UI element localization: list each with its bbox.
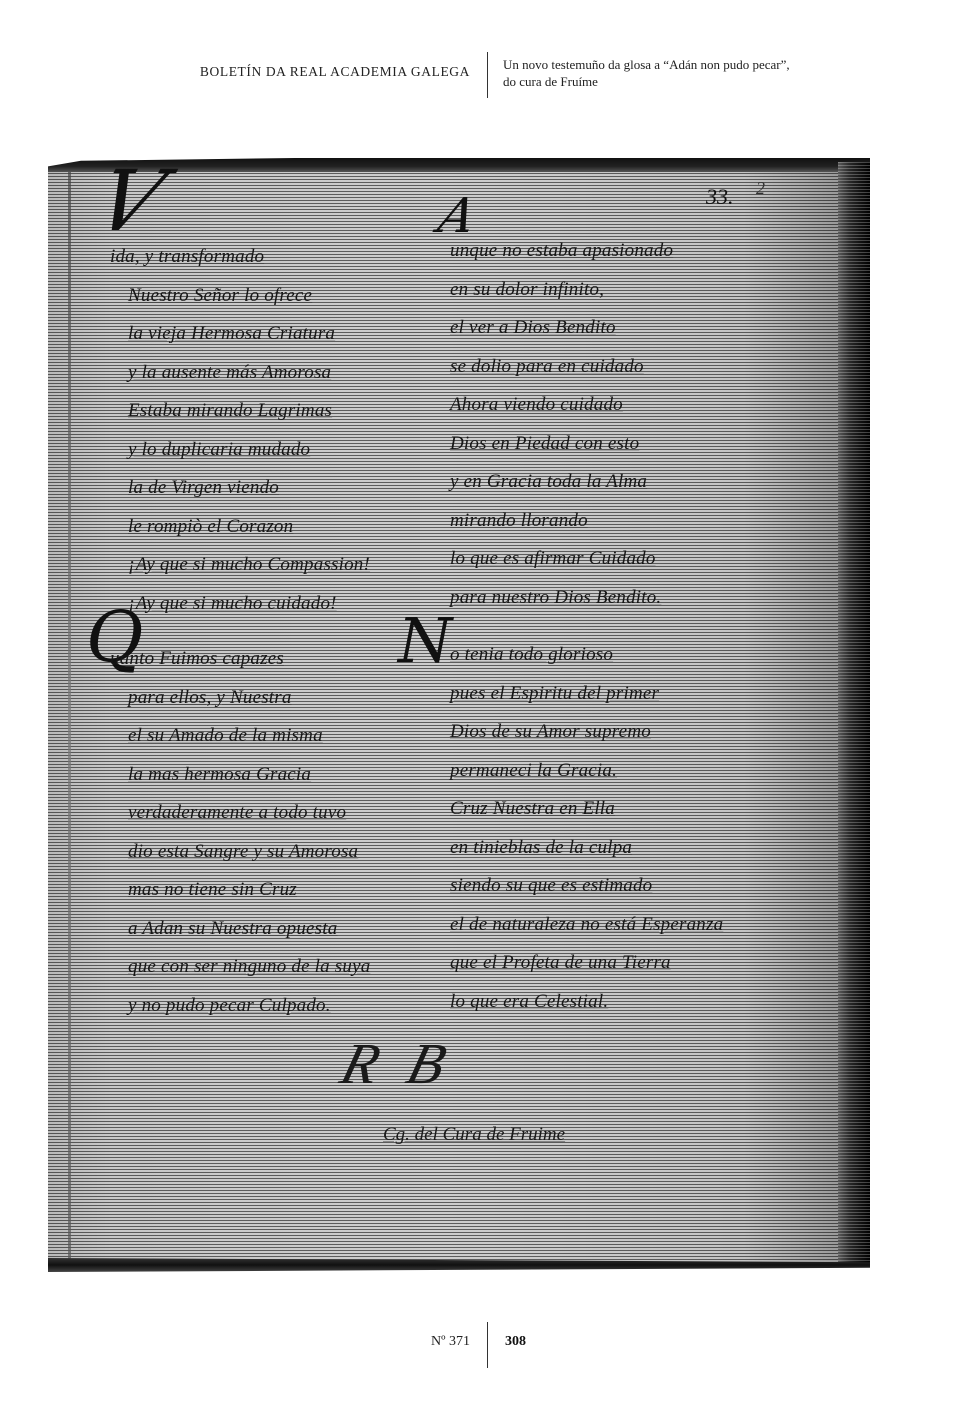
verse-line: Nuestro Señor lo ofrece <box>110 285 370 324</box>
folio-mark: 2 <box>756 178 765 199</box>
header-divider <box>487 52 488 98</box>
verse-line: mas no tiene sin Cruz <box>110 879 370 918</box>
verse-line: verdaderamente a todo tuvo <box>110 802 370 841</box>
article-title-line-2: do cura de Fruíme <box>503 73 903 90</box>
verse-line: lo que era Celestial. <box>432 991 723 1030</box>
folio-number: 33. <box>706 184 734 210</box>
verse-line: le rompiò el Corazon <box>110 516 370 555</box>
verse-line: y en Gracia toda la Alma <box>432 471 673 510</box>
verse-line: siendo su que es estimado <box>432 875 723 914</box>
stanza-right-2: o tenia todo glorioso pues el Espiritu d… <box>432 644 723 1029</box>
verse-line: el su Amado de la misma <box>110 725 370 764</box>
verse-line: la vieja Hermosa Criatura <box>110 323 370 362</box>
manuscript-image: 33. 2 V A Q N ida, y transformado Nuestr… <box>48 158 870 1276</box>
verse-line: mirando llorando <box>432 510 673 549</box>
verse-line: lo que es afirmar Cuidado <box>432 548 673 587</box>
verse-line: o tenia todo glorioso <box>432 644 723 683</box>
closing-attribution: Cg. del Cura de Fruime <box>383 1124 565 1146</box>
verse-line: dio esta Sangre y su Amorosa <box>110 841 370 880</box>
verse-line: ¡Ay que si mucho Compassion! <box>110 554 370 593</box>
journal-title: BOLETÍN DA REAL ACADEMIA GALEGA <box>150 64 470 80</box>
verse-line: la mas hermosa Gracia <box>110 764 370 803</box>
verse-line: ida, y transformado <box>110 246 370 285</box>
verse-line: permaneci la Gracia. <box>432 760 723 799</box>
verse-line: Dios en Piedad con esto <box>432 433 673 472</box>
verse-line: que con ser ninguno de la suya <box>110 956 370 995</box>
verse-line: para nuestro Dios Bendito. <box>432 587 673 626</box>
verse-line: que el Profeta de una Tierra <box>432 952 723 991</box>
article-title: Un novo testemuño da glosa a “Adán non p… <box>503 56 903 90</box>
verse-line: unque no estaba apasionado <box>432 240 673 279</box>
verse-line: Dios de su Amor supremo <box>432 721 723 760</box>
stanza-left-2: uanto Fuimos capazes para ellos, y Nuest… <box>110 648 370 1033</box>
footer-divider <box>487 1322 488 1368</box>
stanza-right-1: unque no estaba apasionado en su dolor i… <box>432 240 673 625</box>
verse-line: Estaba mirando Lagrimas <box>110 400 370 439</box>
verse-line: en tinieblas de la culpa <box>432 837 723 876</box>
verse-line: uanto Fuimos capazes <box>110 648 370 687</box>
manuscript-binding <box>838 162 870 1266</box>
verse-line: el ver a Dios Bendito <box>432 317 673 356</box>
verse-line: Cruz Nuestra en Ella <box>432 798 723 837</box>
verse-line: en su dolor infinito, <box>432 279 673 318</box>
manuscript-fold-shadow <box>68 170 71 1265</box>
article-title-line-1: Un novo testemuño da glosa a “Adán non p… <box>503 56 903 73</box>
verse-line: ¡Ay que si mucho cuidado! <box>110 593 370 632</box>
verse-line: pues el Espiritu del primer <box>432 683 723 722</box>
verse-line: la de Virgen viendo <box>110 477 370 516</box>
verse-line: se dolio para en cuidado <box>432 356 673 395</box>
verse-line: y lo duplicaria mudado <box>110 439 370 478</box>
issue-number: Nº 371 <box>380 1334 470 1350</box>
verse-line: para ellos, y Nuestra <box>110 687 370 726</box>
stanza-left-1: ida, y transformado Nuestro Señor lo ofr… <box>110 246 370 631</box>
closing-monogram: R B <box>334 1030 461 1097</box>
verse-line: y la ausente más Amorosa <box>110 362 370 401</box>
verse-line: el de naturaleza no está Esperanza <box>432 914 723 953</box>
verse-line: Ahora viendo cuidado <box>432 394 673 433</box>
page-number: 308 <box>505 1334 526 1350</box>
verse-line: y no pudo pecar Culpado. <box>110 995 370 1034</box>
verse-line: a Adan su Nuestra opuesta <box>110 918 370 957</box>
